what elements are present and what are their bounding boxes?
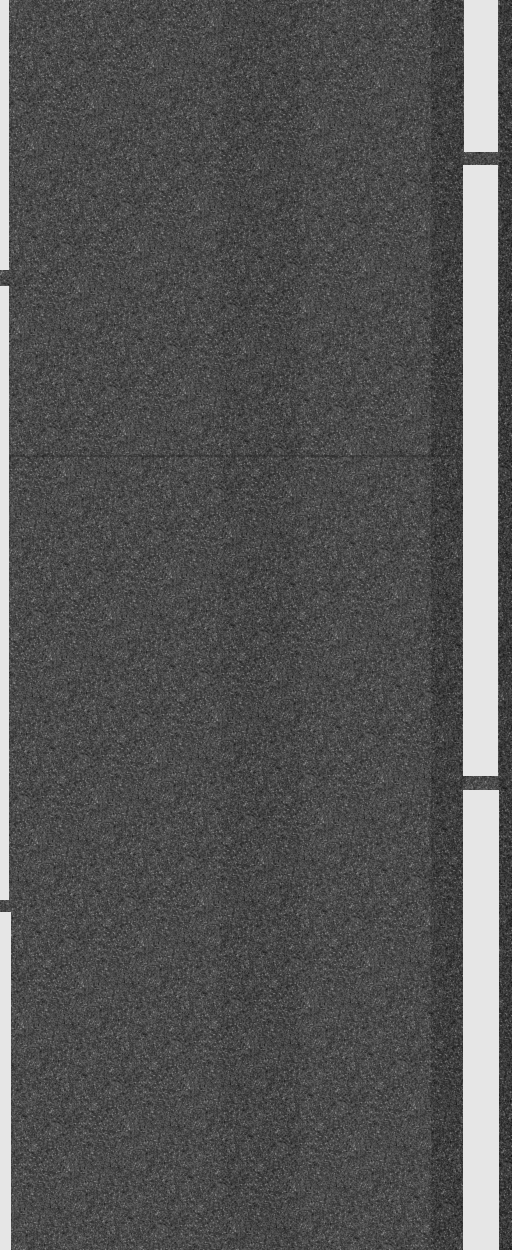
right-lane-line-segment bbox=[463, 790, 499, 1250]
asphalt-texture bbox=[0, 0, 512, 1250]
right-lane-line-segment bbox=[464, 0, 498, 152]
road-surface-photo: Overhead view of an asphalt road lane wi… bbox=[0, 0, 512, 1250]
left-edge-line-segment bbox=[0, 912, 11, 1250]
right-lane-line-segment bbox=[463, 165, 498, 776]
left-edge-line-segment bbox=[0, 0, 9, 270]
left-edge-line-segment bbox=[0, 286, 9, 900]
